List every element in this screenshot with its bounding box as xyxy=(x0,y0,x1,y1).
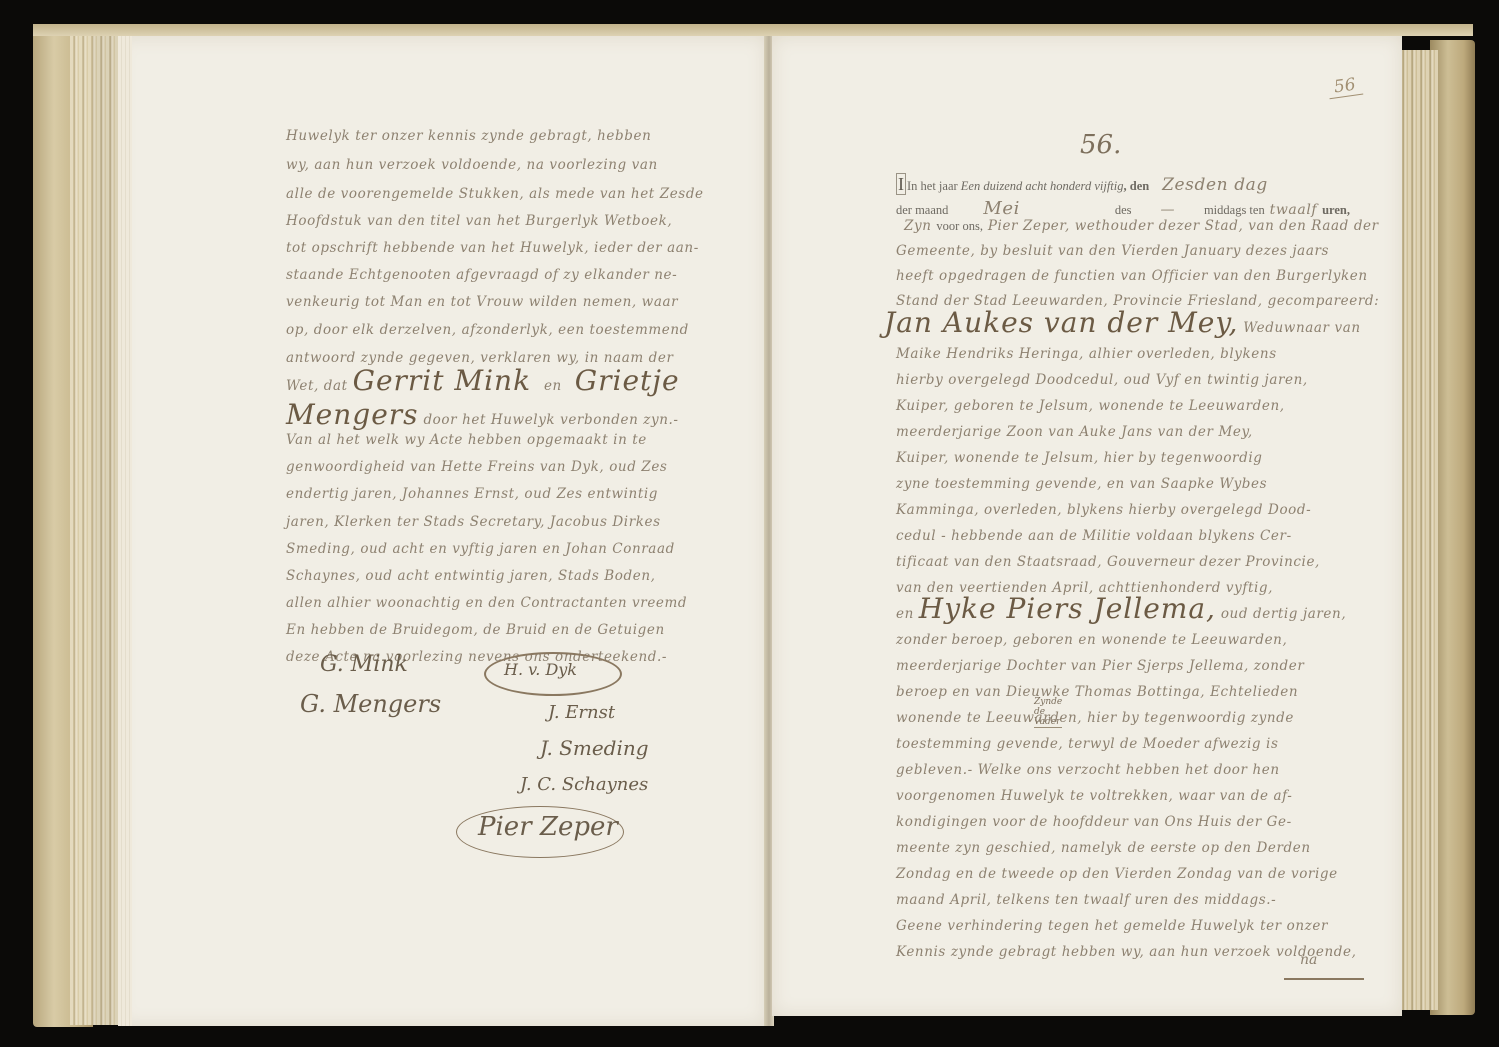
text-line: alle de voorengemelde Stukken, als mede … xyxy=(286,186,704,202)
signature-groom: G. Mink xyxy=(320,652,408,677)
printed-text: uren, xyxy=(1322,203,1350,217)
bride-name-part1: Grietje xyxy=(575,364,680,397)
names-line: Wet, dat Gerrit Mink en Grietje xyxy=(286,364,680,397)
text-line: En hebben de Bruidegom, de Bruid en de G… xyxy=(286,622,665,638)
handwritten-month: Mei xyxy=(983,198,1020,219)
text-line: jaren, Klerken ter Stads Secretary, Jaco… xyxy=(286,514,661,530)
drop-cap: I xyxy=(896,173,906,195)
groom-suffix: Weduwnaar van xyxy=(1243,320,1360,336)
left-page-stacked-leaves xyxy=(118,36,132,1026)
text-line: kondigingen voor de hoofddeur van Ons Hu… xyxy=(896,814,1292,830)
text-line: cedul - hebbende aan de Militie voldaan … xyxy=(896,528,1292,544)
signature-witness-4: J. C. Schaynes xyxy=(520,774,648,795)
handwritten-text: Pier Zeper, wethouder dezer Stad, van de… xyxy=(988,218,1379,234)
text-line: venkeurig tot Man en tot Vrouw wilden ne… xyxy=(286,294,678,310)
suffix-text: door het Huwelyk verbonden zyn.- xyxy=(423,412,678,428)
groom-name: Gerrit Mink xyxy=(353,364,531,397)
printed-text: voor ons, xyxy=(936,219,983,233)
text-line: zonder beroep, geboren en wonende te Lee… xyxy=(896,632,1287,648)
text-line: Kuiper, wonende te Jelsum, hier by tegen… xyxy=(896,450,1263,466)
text-line: toestemming gevende, terwyl de Moeder af… xyxy=(896,736,1278,752)
text-line: Zyn voor ons, Pier Zeper, wethouder deze… xyxy=(904,218,1379,234)
bride-suffix: oud dertig jaren, xyxy=(1221,606,1346,622)
open-register-book: Huwelyk ter onzer kennis zynde gebragt, … xyxy=(0,0,1499,1047)
text-line: Van al het welk wy Acte hebben opgemaakt… xyxy=(286,432,647,448)
printed-text: , den xyxy=(1124,179,1150,193)
prefix-text: Wet, dat xyxy=(286,378,348,394)
left-page xyxy=(118,36,768,1026)
printed-text: des xyxy=(1115,203,1132,217)
signature-witness-2: J. Ernst xyxy=(548,702,615,723)
bride-line: en Hyke Piers Jellema, oud dertig jaren, xyxy=(896,592,1346,625)
catchword: na xyxy=(1300,952,1317,968)
printed-text: In het jaar xyxy=(907,179,958,193)
text-line: endertig jaren, Johannes Ernst, oud Zes … xyxy=(286,486,658,502)
bride-name: Hyke Piers Jellema, xyxy=(919,592,1216,625)
text-line: tot opschrift hebbende van het Huwelyk, … xyxy=(286,240,699,256)
text-line: Maike Hendriks Heringa, alhier overleden… xyxy=(896,346,1277,362)
groom-name: Jan Aukes van der Mey, xyxy=(884,306,1238,339)
handwritten-dash: — xyxy=(1160,202,1175,218)
text-line: beroep en van Dieuwke Thomas Bottinga, E… xyxy=(896,684,1298,700)
text-line: Schaynes, oud acht entwintig jaren, Stad… xyxy=(286,568,656,584)
printed-header-line-2: der maand Mei des — middags ten twaalf u… xyxy=(896,198,1350,219)
signature-witness-1: H. v. Dyk xyxy=(504,660,577,679)
text-line: Geene verhindering tegen het gemelde Huw… xyxy=(896,918,1328,934)
text-line: staande Echtgenooten afgevraagd of zy el… xyxy=(286,267,677,283)
entry-number: 56. xyxy=(1080,130,1121,160)
text-line: Kennis zynde gebragt hebben wy, aan hun … xyxy=(896,944,1357,960)
handwritten-text: Zyn xyxy=(904,218,932,234)
text-line: voorgenomen Huwelyk te voltrekken, waar … xyxy=(896,788,1292,804)
text-line: Gemeente, by besluit van den Vierden Jan… xyxy=(896,243,1329,259)
text-line: gebleven.- Welke ons verzocht hebben het… xyxy=(896,762,1280,778)
text-line: Hoofdstuk van den titel van het Burgerly… xyxy=(286,213,672,229)
text-line: wonende te Leeuwarden, hier by tegenwoor… xyxy=(896,710,1294,726)
printed-year: Een duizend acht honderd vijftig xyxy=(961,179,1124,193)
text-line: Smeding, oud acht en vyftig jaren en Joh… xyxy=(286,541,675,557)
text-line: meente zyn geschied, namelyk de eerste o… xyxy=(896,840,1311,856)
top-cover-edge xyxy=(33,24,1473,36)
text-line: Zondag en de tweede op den Vierden Zonda… xyxy=(896,866,1338,882)
names-line-2: Mengers door het Huwelyk verbonden zyn.- xyxy=(286,398,679,431)
text-line: genwoordigheid van Hette Freins van Dyk,… xyxy=(286,459,667,475)
conjunction: en xyxy=(544,378,562,394)
signature-official: Pier Zeper xyxy=(478,812,618,842)
text-line: Huwelyk ter onzer kennis zynde gebragt, … xyxy=(286,128,651,144)
text-line: meerderjarige Zoon van Auke Jans van der… xyxy=(896,424,1253,440)
handwritten-day: Zesden dag xyxy=(1162,175,1268,195)
handwritten-hour: twaalf xyxy=(1270,202,1318,218)
text-line: meerderjarige Dochter van Pier Sjerps Je… xyxy=(896,658,1304,674)
printed-header-line-1: IIn het jaar Een duizend acht honderd vi… xyxy=(896,174,1268,195)
text-line: allen alhier woonachtig en den Contracta… xyxy=(286,595,687,611)
text-line: maand April, telkens ten twaalf uren des… xyxy=(896,892,1276,908)
text-line: Kuiper, geboren te Jelsum, wonende te Le… xyxy=(896,398,1285,414)
text-line: zyne toestemming gevende, en van Saapke … xyxy=(896,476,1267,492)
text-line: hierby overgelegd Doodcedul, oud Vyf en … xyxy=(896,372,1308,388)
groom-line: Jan Aukes van der Mey, Weduwnaar van xyxy=(884,306,1361,339)
signature-bride: G. Mengers xyxy=(300,690,441,718)
text-line: tificaat van den Staatsraad, Gouverneur … xyxy=(896,554,1320,570)
text-line: Kamminga, overleden, blykens hierby over… xyxy=(896,502,1311,518)
bride-prefix: en xyxy=(896,606,914,622)
text-line: op, door elk derzelven, afzonderlyk, een… xyxy=(286,322,689,338)
signature-witness-3: J. Smeding xyxy=(540,736,649,760)
text-line: wy, aan hun verzoek voldoende, na voorle… xyxy=(286,157,658,173)
bride-name-part2: Mengers xyxy=(286,398,419,431)
printed-text: middags ten xyxy=(1204,203,1265,217)
left-page-edges xyxy=(70,30,120,1025)
catchword-rule xyxy=(1284,978,1364,980)
printed-text: der maand xyxy=(896,203,948,217)
text-line: heeft opgedragen de functien van Officie… xyxy=(896,268,1368,284)
